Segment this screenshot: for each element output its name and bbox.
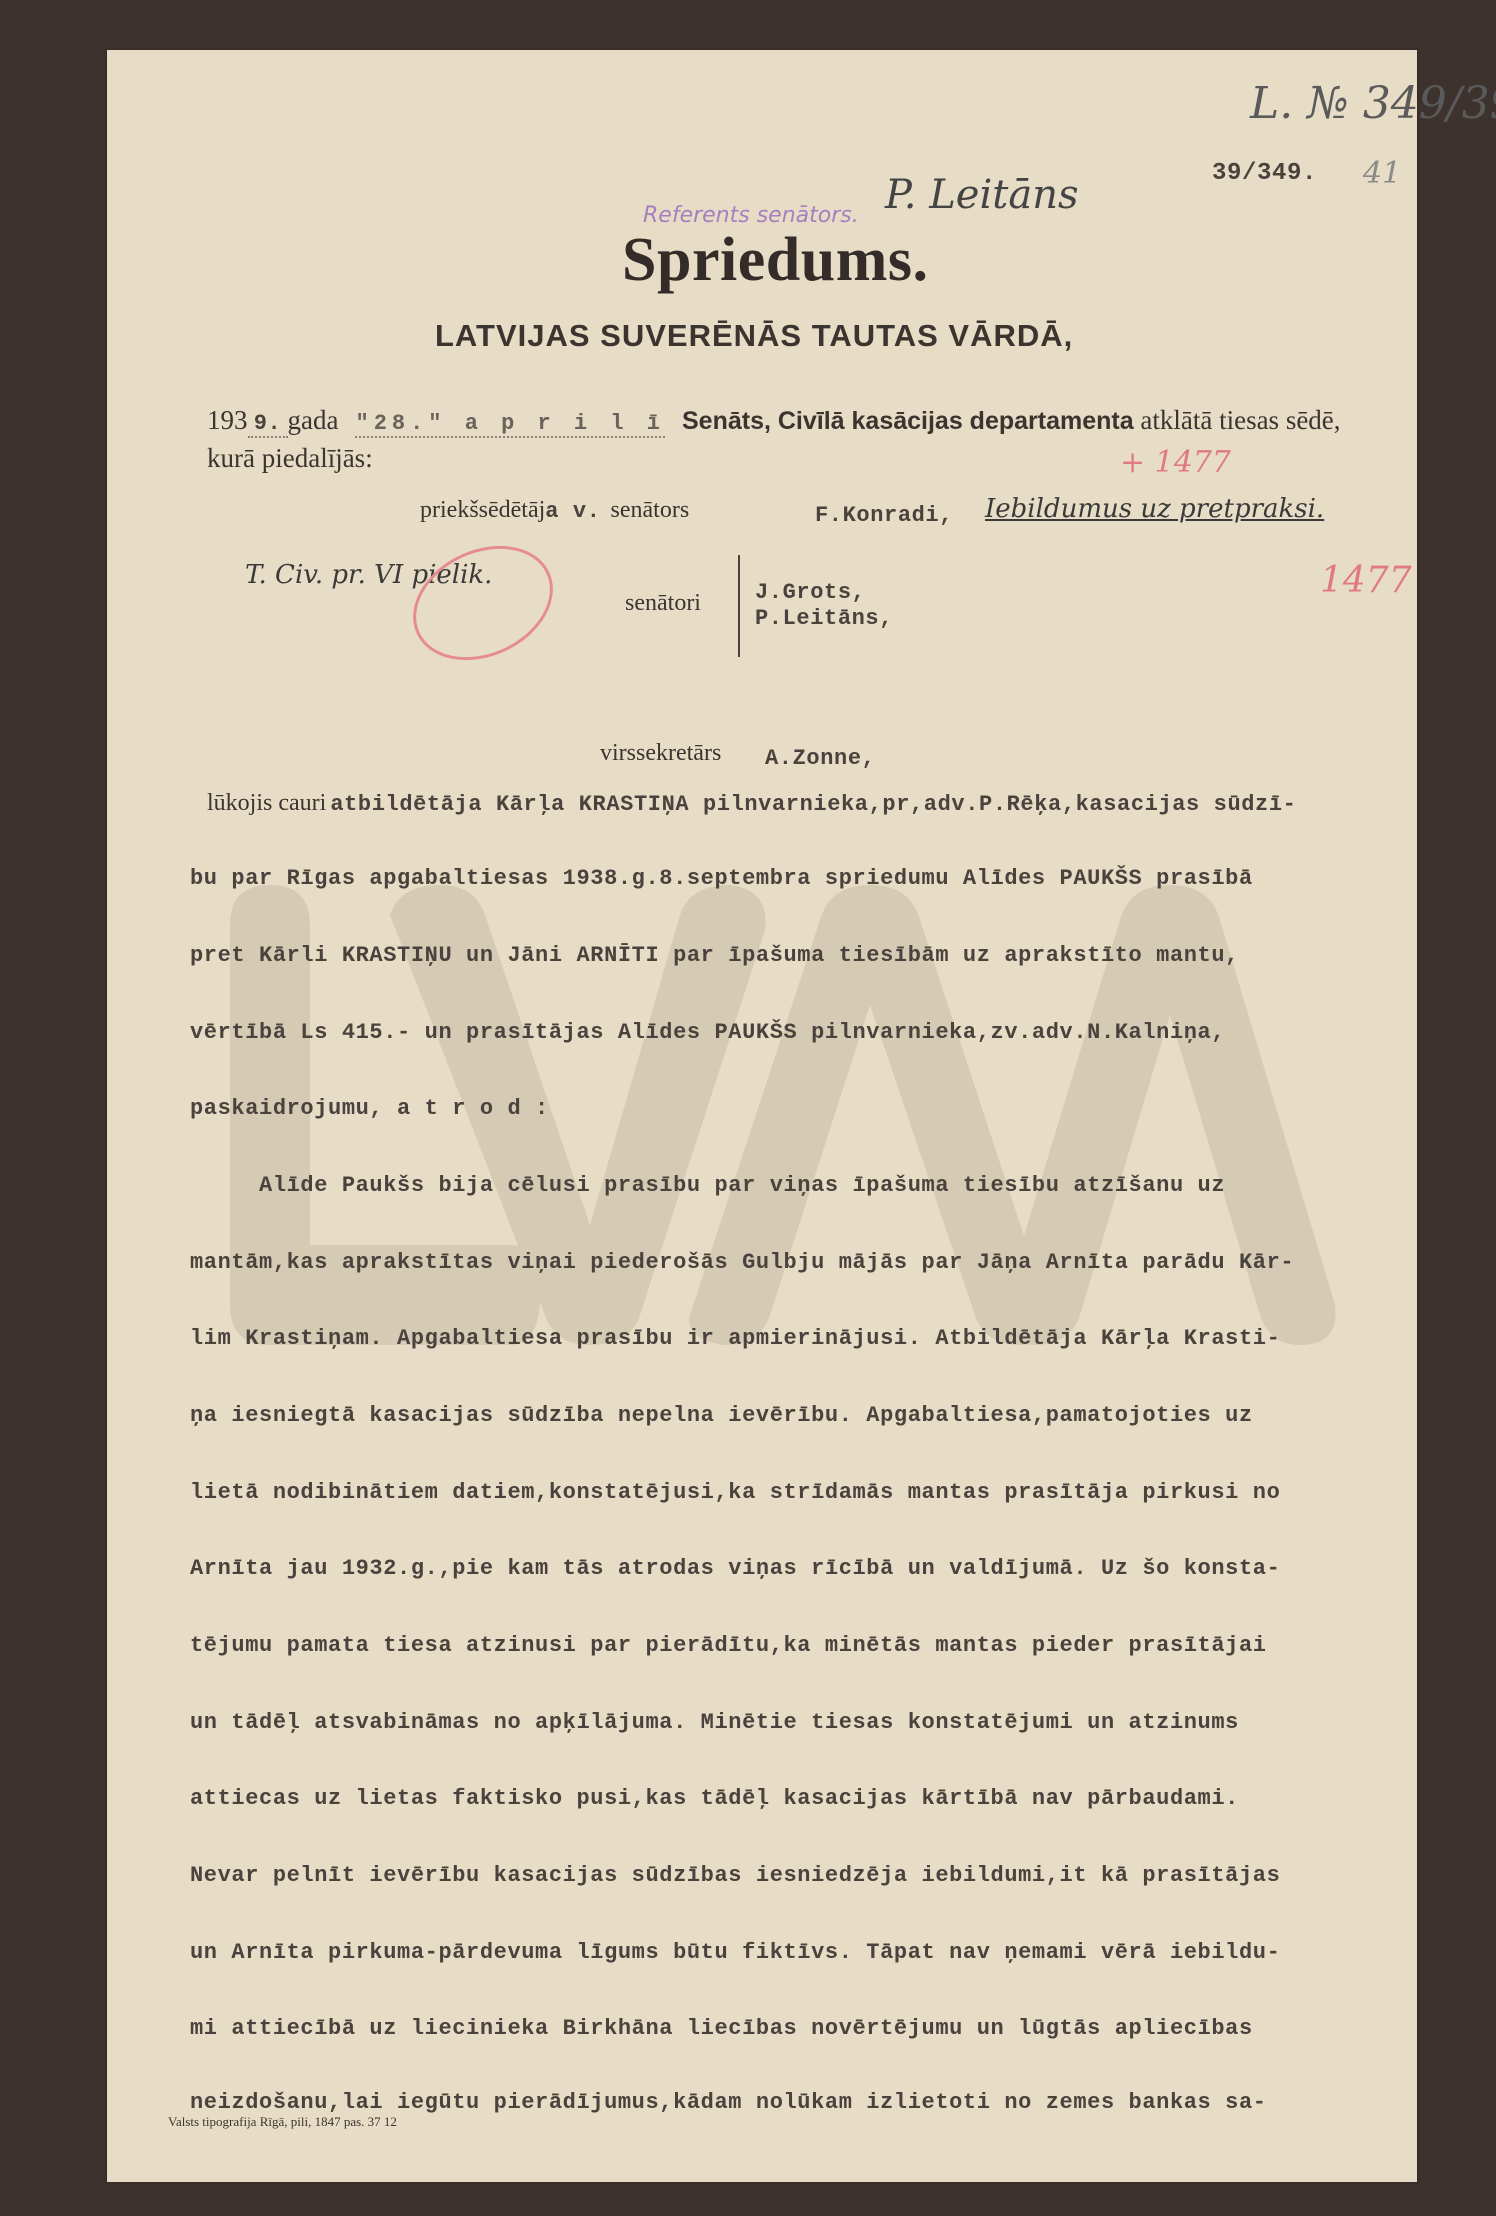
court-session: atklātā tiesas sēdē,	[1140, 405, 1340, 435]
court-line: Senāts, Civīlā kasācijas departamenta at…	[682, 405, 1341, 436]
typed-case-number: 39/349.	[1212, 160, 1317, 187]
body-line-15: un Arnīta pirkuma-pārdevuma līgums būtu …	[190, 1940, 1280, 1965]
document-subtitle: LATVIJAS SUVERĒNĀS TAUTAS VĀRDĀ,	[435, 318, 1073, 354]
body-line-6: mantām,kas aprakstītas viņai piederošās …	[190, 1250, 1294, 1275]
page-number: 41	[1363, 156, 1401, 191]
chair-role: priekšsēdētāj	[420, 497, 545, 523]
body-line-7: lim Krastiņam. Apgabaltiesa prasību ir a…	[190, 1326, 1280, 1351]
senators-label: senātori	[625, 590, 701, 617]
printer-imprint: Valsts tipografija Rīgā, pili, 1847 pas.…	[168, 2114, 397, 2130]
body-line-8: ņa iesniegtā kasacijas sūdzība nepelna i…	[190, 1403, 1253, 1428]
body-line-13: attiecas uz lietas faktisko pusi,kas tād…	[190, 1786, 1239, 1811]
body-line-2: pret Kārli KRASTIŅU un Jāni ARNĪTI par ī…	[190, 943, 1239, 968]
date-line: 1939.gada "28." a p r i l ī	[207, 405, 665, 438]
body-line-5: Alīde Paukšs bija cēlusi prasību par viņ…	[190, 1173, 1225, 1198]
document-title: Spriedums.	[622, 225, 928, 296]
chair-handwritten-note: Iebildumus uz pretpraksi.	[985, 494, 1324, 524]
body-line-14: Nevar pelnīt ievērību kasacijas sūdzības…	[190, 1863, 1280, 1888]
referent-signature: P. Leitāns	[885, 172, 1078, 218]
red-note-above: + 1477	[1120, 445, 1231, 480]
body-line-1: bu par Rīgas apgabaltiesas 1938.g.8.sept…	[190, 866, 1253, 891]
chair-role-senator: senātors	[611, 497, 690, 523]
year-suffix: 9.	[254, 411, 282, 436]
body-line-17: neizdošanu,lai iegūtu pierādījumus,kādam…	[190, 2090, 1267, 2115]
chair-name: F.Konradi,	[815, 503, 953, 528]
year-prefix: 193	[207, 405, 248, 435]
day-month: "28." a p r i l ī	[356, 411, 665, 436]
participants-label: kurā piedalījās:	[207, 443, 373, 474]
body-line-0-print: lūkojis cauri	[207, 790, 326, 816]
body-line-11: tējumu pamata tiesa atzinusi par pierādī…	[190, 1633, 1267, 1658]
body-line-0-typed: atbildētāja Kārļa KRASTIŅA pilnvarnieka,…	[330, 792, 1296, 817]
brace-divider	[738, 555, 740, 657]
chair-role-typed: a v.	[545, 499, 600, 524]
body-line-9: lietā nodibinātiem datiem,konstatējusi,k…	[190, 1480, 1280, 1505]
red-note-right: 1477	[1320, 560, 1412, 601]
court-name: Senāts, Civīlā kasācijas departamenta	[682, 407, 1134, 435]
body-line-10: Arnīta jau 1932.g.,pie kam tās atrodas v…	[190, 1556, 1280, 1581]
body-line-16: mi attiecībā uz liecinieka Birkhāna liec…	[190, 2016, 1253, 2041]
body-line-0: lūkojis cauri atbildētāja Kārļa KRASTIŅA…	[207, 790, 1296, 817]
secretary-name: A.Zonne,	[765, 746, 875, 771]
senator-name-1: J.Grots,	[755, 580, 865, 605]
body-line-4: paskaidrojumu, a t r o d :	[190, 1096, 549, 1121]
chair-line: priekšsēdētāja v. senātors	[420, 497, 689, 524]
secretary-label: virssekretārs	[600, 740, 721, 767]
body-line-3: vērtībā Ls 415.- un prasītājas Alīdes PA…	[190, 1020, 1225, 1045]
handwritten-case-number: L. № 349/39	[1250, 78, 1496, 129]
senator-name-2: P.Leitāns,	[755, 606, 893, 631]
body-line-12: un tādēļ atsvabināmas no apķīlājuma. Min…	[190, 1710, 1239, 1735]
gada-label: gada	[288, 405, 339, 435]
